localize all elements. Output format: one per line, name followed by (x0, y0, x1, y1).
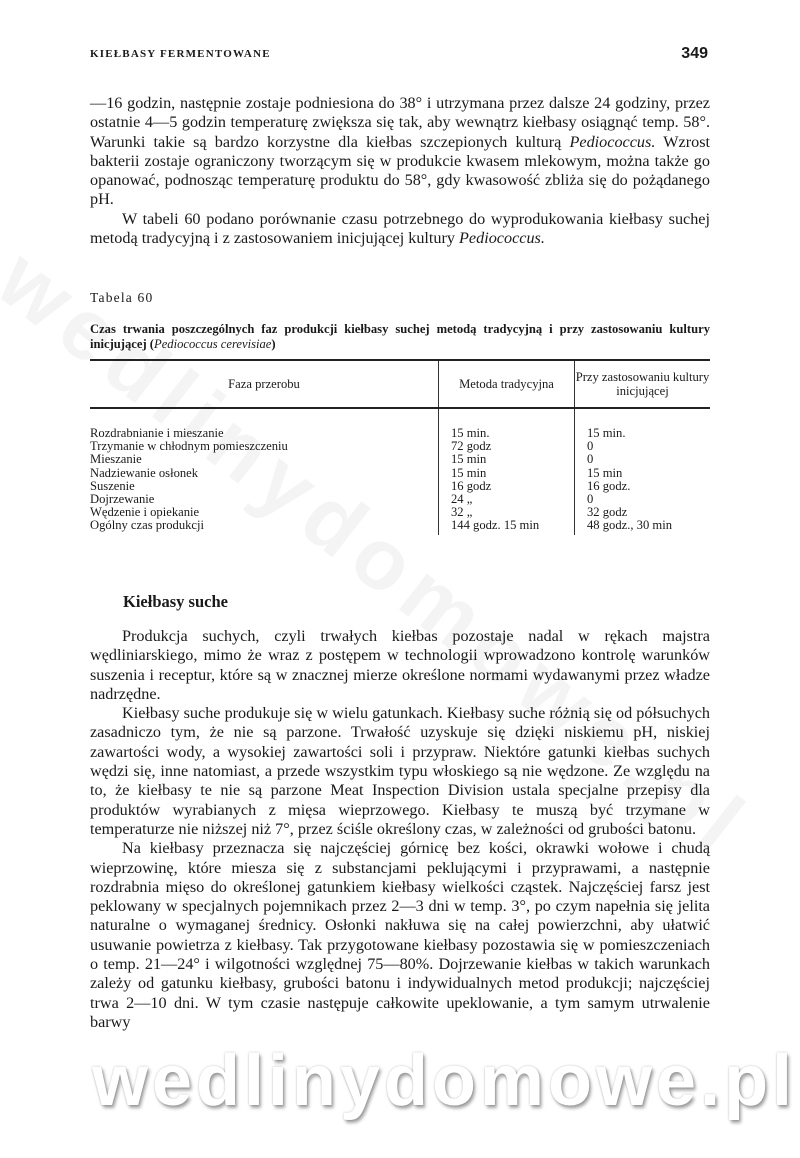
column-header-traditional: Metoda tradycyjna (439, 360, 575, 408)
table-row: Trzymanie w chłodnym pomieszczeniu72 god… (90, 440, 710, 453)
table-row: Mieszanie15 min0 (90, 453, 710, 466)
running-head: KIEŁBASY FERMENTOWANE (90, 48, 271, 60)
cell-phase: Mieszanie (90, 453, 439, 466)
intro-text: —16 godzin, następnie zostaje podniesion… (90, 94, 710, 248)
cell-starter-culture: 0 (575, 453, 711, 466)
cell-starter-culture: 0 (575, 440, 711, 453)
column-header-phase: Faza przerobu (90, 360, 439, 408)
section-text: Produkcja suchych, czyli trwałych kiełba… (90, 627, 710, 1032)
section-paragraph: Kiełbasy suche produkuje się w wielu gat… (90, 704, 710, 839)
book-page: wedlinydomowe.pl KIEŁBASY FERMENTOWANE 3… (0, 0, 800, 1158)
table-body: Rozdrabnianie i mieszanie15 min.15 min.T… (90, 408, 710, 535)
table-header-row: Faza przerobu Metoda tradycyjna Przy zas… (90, 360, 710, 408)
section-paragraph: Produkcja suchych, czyli trwałych kiełba… (90, 627, 710, 704)
section-paragraph: Na kiełbasy przeznacza się najczęściej g… (90, 839, 710, 1032)
cell-starter-culture: 15 min (575, 467, 711, 480)
cell-phase: Nadziewanie osłonek (90, 467, 439, 480)
cell-phase: Ogólny czas produkcji (90, 519, 439, 534)
table-row: Ogólny czas produkcji144 godz. 15 min48 … (90, 519, 710, 534)
cell-traditional: 15 min. (439, 408, 575, 440)
cell-phase: Rozdrabnianie i mieszanie (90, 408, 439, 440)
production-phases-table: Faza przerobu Metoda tradycyjna Przy zas… (90, 359, 710, 535)
table-row: Rozdrabnianie i mieszanie15 min.15 min. (90, 408, 710, 440)
cell-traditional: 15 min (439, 453, 575, 466)
table-row: Nadziewanie osłonek15 min15 min (90, 467, 710, 480)
cell-phase: Trzymanie w chłodnym pomieszczeniu (90, 440, 439, 453)
intro-paragraph-2: W tabeli 60 podano porównanie czasu potr… (90, 210, 710, 249)
page-number: 349 (681, 45, 708, 63)
cell-starter-culture: 48 godz., 30 min (575, 519, 711, 534)
table-caption: Czas trwania poszczególnych faz produkcj… (90, 322, 710, 352)
table-label: Tabela 60 (90, 290, 153, 306)
column-header-starter-culture: Przy zastosowaniu kultury inicjującej (575, 360, 711, 408)
cell-traditional: 144 godz. 15 min (439, 519, 575, 534)
intro-paragraph-1: —16 godzin, następnie zostaje podniesion… (90, 94, 710, 210)
cell-starter-culture: 15 min. (575, 408, 711, 440)
section-heading: Kiełbasy suche (123, 592, 228, 612)
cell-traditional: 15 min (439, 467, 575, 480)
table-row: Suszenie16 godz16 godz. (90, 480, 710, 493)
bottom-watermark: wedlinydomowe.pl (92, 1040, 796, 1122)
cell-starter-culture: 16 godz. (575, 480, 711, 493)
